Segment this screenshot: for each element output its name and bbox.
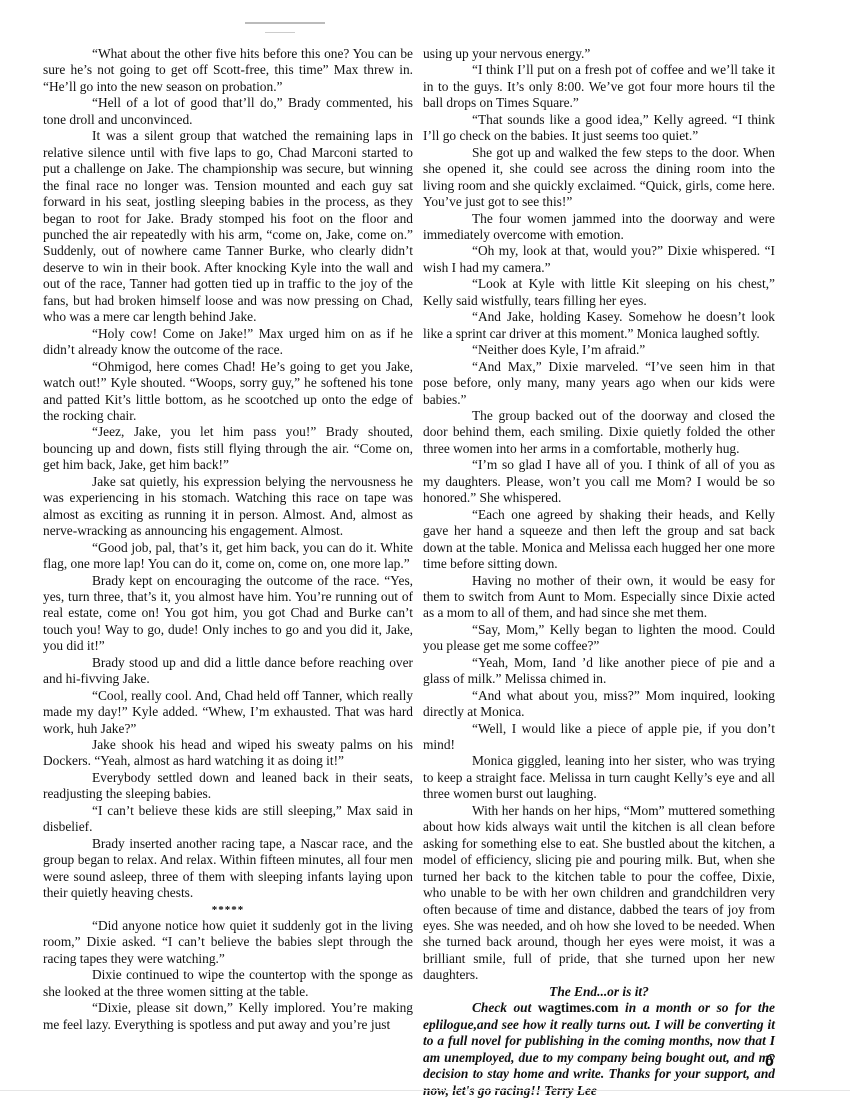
paragraph: “And what about you, miss?” Mom inquired… [423,688,775,721]
end-title: The End...or is it? [423,984,775,1000]
paragraph: With her hands on her hips, “Mom” mutter… [423,803,775,984]
paragraph: “Well, I would like a piece of apple pie… [423,721,775,754]
paragraph: “What about the other five hits before t… [43,46,413,95]
paragraph: “Each one agreed by shaking their heads,… [423,507,775,573]
paragraph: Everybody settled down and leaned back i… [43,770,413,803]
paragraph: “Holy cow! Come on Jake!” Max urged him … [43,326,413,359]
paragraph: She got up and walked the few steps to t… [423,145,775,211]
paragraph: Jake shook his head and wiped his sweaty… [43,737,413,770]
paragraph: Dixie continued to wipe the countertop w… [43,967,413,1000]
author-note-lead: Check out [472,1000,538,1015]
header-scan-mark [245,22,325,24]
scene-separator: ***** [43,902,413,918]
bottom-scan-edge [0,1090,850,1091]
paragraph-continuation: using up your nervous energy.” [423,46,775,62]
paragraph: Brady stood up and did a little dance be… [43,655,413,688]
right-column: using up your nervous energy.” “I think … [423,46,793,1099]
paragraph: “Dixie, please sit down,” Kelly implored… [43,1000,413,1033]
website-link[interactable]: wagtimes.com [538,1000,619,1015]
paragraph: “Look at Kyle with little Kit sleeping o… [423,276,775,309]
paragraph: Brady inserted another racing tape, a Na… [43,836,413,902]
paragraph: Having no mother of their own, it would … [423,573,775,622]
paragraph: “I think I’ll put on a fresh pot of coff… [423,62,775,111]
paragraph: Brady kept on encouraging the outcome of… [43,573,413,655]
paragraph: Jake sat quietly, his expression belying… [43,474,413,540]
page-number: 6 [765,1050,774,1071]
paragraph: “Neither does Kyle, I’m afraid.” [423,342,775,358]
left-column: “What about the other five hits before t… [43,46,413,1033]
paragraph: “I’m so glad I have all of you. I think … [423,457,775,506]
paragraph: “Yeah, Mom, Iand ’d like another piece o… [423,655,775,688]
author-note: Check out wagtimes.com in a month or so … [423,1000,775,1099]
paragraph: “Cool, really cool. And, Chad held off T… [43,688,413,737]
paragraph: “And Jake, holding Kasey. Somehow he doe… [423,309,775,342]
paragraph: “Say, Mom,” Kelly began to lighten the m… [423,622,775,655]
paragraph: “I can’t believe these kids are still sl… [43,803,413,836]
paragraph: “Jeez, Jake, you let him pass you!” Brad… [43,424,413,473]
paragraph: It was a silent group that watched the r… [43,128,413,325]
paragraph: Monica giggled, leaning into her sister,… [423,753,775,802]
paragraph: The group backed out of the doorway and … [423,408,775,457]
header-scan-mark-small [265,32,295,33]
paragraph: “That sounds like a good idea,” Kelly ag… [423,112,775,145]
paragraph: “Hell of a lot of good that’ll do,” Brad… [43,95,413,128]
paragraph: “And Max,” Dixie marveled. “I’ve seen hi… [423,359,775,408]
paragraph: “Did anyone notice how quiet it suddenly… [43,918,413,967]
paragraph: “Oh my, look at that, would you?” Dixie … [423,243,775,276]
paragraph: The four women jammed into the doorway a… [423,211,775,244]
paragraph: “Ohmigod, here comes Chad! He’s going to… [43,359,413,425]
paragraph: “Good job, pal, that’s it, get him back,… [43,540,413,573]
